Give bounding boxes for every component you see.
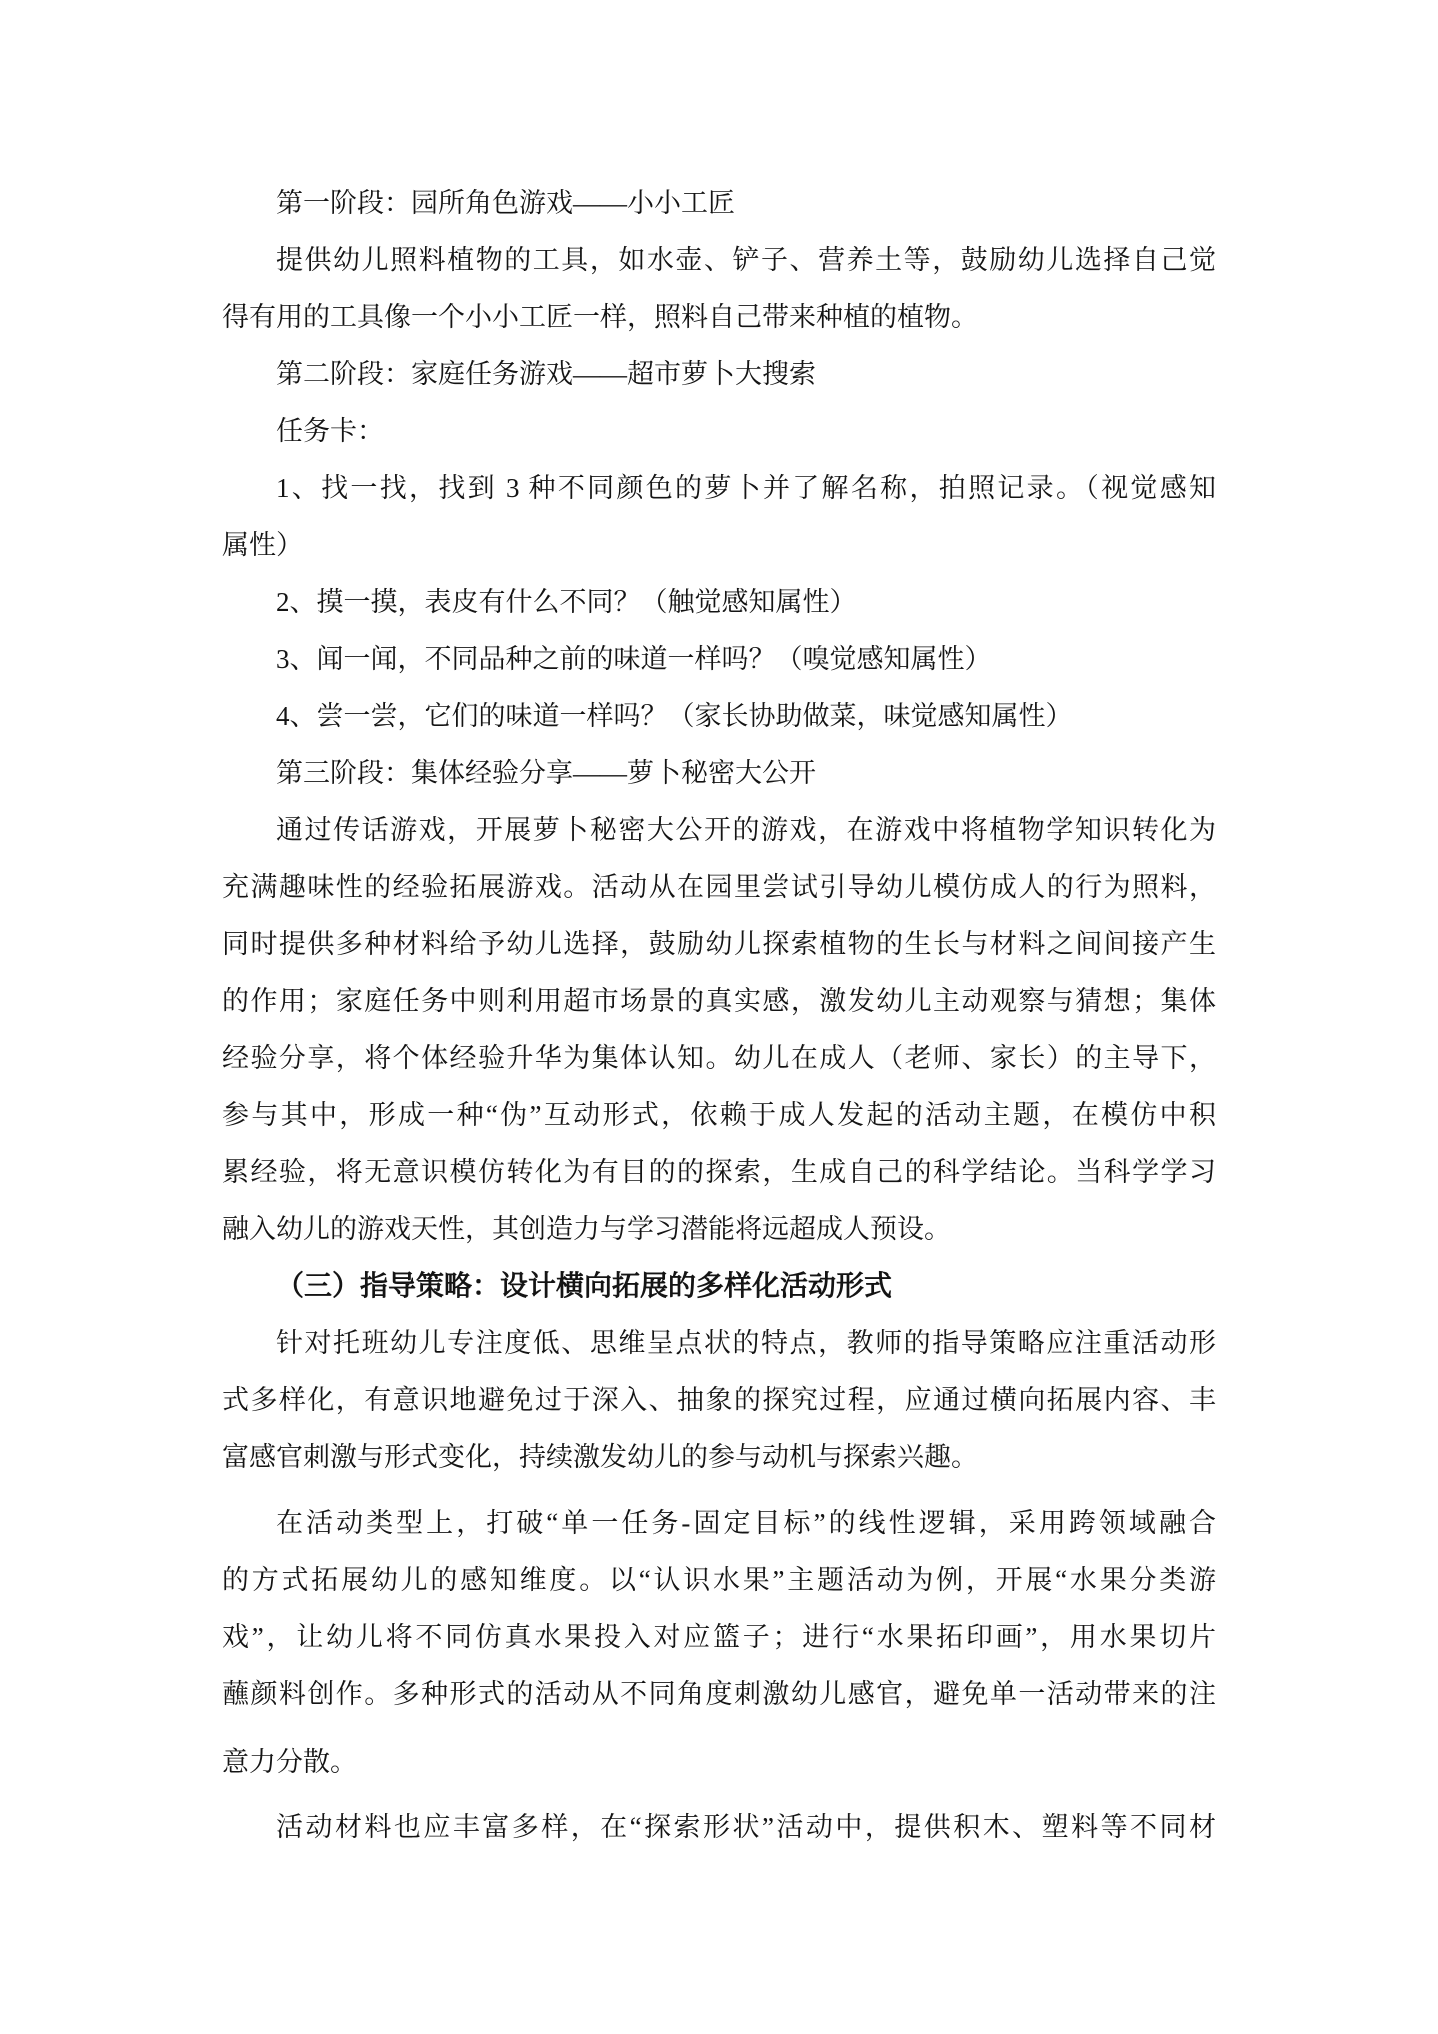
text-line: 经验分享，将个体经验升华为集体认知。幼儿在成人（老师、家长）的主导下， [222,1030,1216,1087]
text-line: 提供幼儿照料植物的工具，如水壶、铲子、营养土等，鼓励幼儿选择自己觉 [222,232,1216,289]
text-line: （三）指导策略：设计横向拓展的多样化活动形式 [222,1258,1216,1315]
text-line: 戏”，让幼儿将不同仿真水果投入对应篮子；进行“水果拓印画”，用水果切片 [222,1609,1216,1666]
text-line: 意力分散。 [222,1734,1216,1791]
text-line: 1、找一找，找到 3 种不同颜色的萝卜并了解名称，拍照记录。（视觉感知 [222,460,1216,517]
text-line: 活动材料也应丰富多样，在“探索形状”活动中，提供积木、塑料等不同材 [222,1799,1216,1856]
text-line: 蘸颜料创作。多种形式的活动从不同角度刺激幼儿感官，避免单一活动带来的注 [222,1666,1216,1723]
text-line: 任务卡： [222,403,1216,460]
text-line: 式多样化，有意识地避免过于深入、抽象的探究过程，应通过横向拓展内容、丰 [222,1372,1216,1429]
text-line: 参与其中，形成一种“伪”互动形式，依赖于成人发起的活动主题，在模仿中积 [222,1087,1216,1144]
text-line: 的作用；家庭任务中则利用超市场景的真实感，激发幼儿主动观察与猜想；集体 [222,973,1216,1030]
text-line: 累经验，将无意识模仿转化为有目的的探索，生成自己的科学结论。当科学学习 [222,1144,1216,1201]
text-line: 通过传话游戏，开展萝卜秘密大公开的游戏，在游戏中将植物学知识转化为 [222,802,1216,859]
text-line: 2、摸一摸，表皮有什么不同？（触觉感知属性） [222,574,1216,631]
text-line: 充满趣味性的经验拓展游戏。活动从在园里尝试引导幼儿模仿成人的行为照料， [222,859,1216,916]
document-page-content: 第一阶段：园所角色游戏——小小工匠提供幼儿照料植物的工具，如水壶、铲子、营养土等… [222,175,1216,1856]
document-page: 第一阶段：园所角色游戏——小小工匠提供幼儿照料植物的工具，如水壶、铲子、营养土等… [0,0,1438,2034]
text-line: 在活动类型上，打破“单一任务-固定目标”的线性逻辑，采用跨领域融合 [222,1495,1216,1552]
text-line: 富感官刺激与形式变化，持续激发幼儿的参与动机与探索兴趣。 [222,1429,1216,1486]
text-line: 融入幼儿的游戏天性，其创造力与学习潜能将远超成人预设。 [222,1201,1216,1258]
text-line: 4、尝一尝，它们的味道一样吗？（家长协助做菜，味觉感知属性） [222,688,1216,745]
text-line: 第二阶段：家庭任务游戏——超市萝卜大搜索 [222,346,1216,403]
text-line: 属性） [222,517,1216,574]
text-line: 同时提供多种材料给予幼儿选择，鼓励幼儿探索植物的生长与材料之间间接产生 [222,916,1216,973]
text-line: 的方式拓展幼儿的感知维度。以“认识水果”主题活动为例，开展“水果分类游 [222,1552,1216,1609]
text-line: 针对托班幼儿专注度低、思维呈点状的特点，教师的指导策略应注重活动形 [222,1315,1216,1372]
text-line: 第三阶段：集体经验分享——萝卜秘密大公开 [222,745,1216,802]
text-line: 3、闻一闻，不同品种之前的味道一样吗？（嗅觉感知属性） [222,631,1216,688]
text-line: 得有用的工具像一个小小工匠一样，照料自己带来种植的植物。 [222,289,1216,346]
text-line: 第一阶段：园所角色游戏——小小工匠 [222,175,1216,232]
